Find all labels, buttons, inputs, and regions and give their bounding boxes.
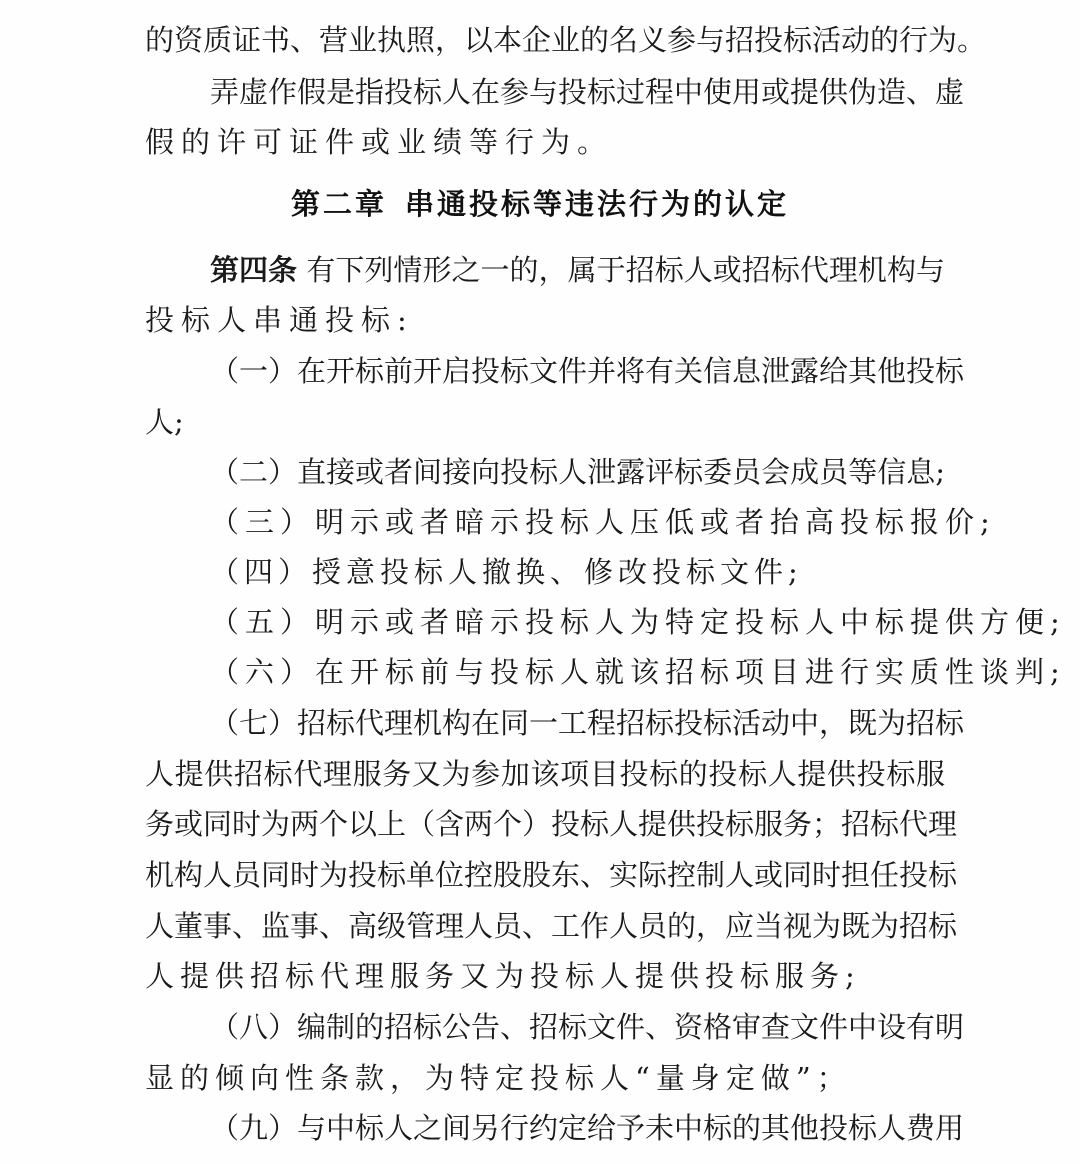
text-line: 显的倾向性条款，为特定投标人“量身定做”； [145, 1058, 852, 1098]
clause-5: （五）明示或者暗示投标人为特定投标人中标提供方便; [210, 602, 1066, 642]
article-label: 第四条 [210, 253, 297, 287]
chapter-heading: 第二章串通投标等违法行为的认定 [0, 184, 1080, 224]
chapter-title: 串通投标等违法行为的认定 [405, 187, 789, 221]
text-line: 人董事、监事、高级管理人员、工作人员的，应当视为既为招标 [145, 906, 945, 946]
text-line: 人; [145, 402, 184, 442]
clause-8: （八）编制的招标公告、招标文件、资格审查文件中设有明 [210, 1007, 945, 1047]
chapter-number: 第二章 [291, 187, 387, 221]
clause-9: （九）与中标人之间另行约定给予未中标的其他投标人费用 [210, 1108, 945, 1148]
text-line: 的资质证书、营业执照，以本企业的名义参与招投标活动的行为。 [145, 20, 945, 60]
article-text: 有下列情形之一的，属于招标人或招标代理机构与 [306, 253, 945, 287]
clause-6: （六）在开标前与投标人就该招标项目进行实质性谈判; [210, 652, 1066, 692]
clause-1: （一）在开标前开启投标文件并将有关信息泄露给其他投标 [210, 351, 945, 391]
text-line: 务或同时为两个以上（含两个）投标人提供投标服务；招标代理 [145, 804, 945, 844]
text-line: 人提供招标代理服务又为参加该项目投标的投标人提供投标服 [145, 754, 945, 794]
clause-7: （七）招标代理机构在同一工程招标投标活动中，既为招标 [210, 703, 945, 743]
article-four-heading-line: 第四条 有下列情形之一的，属于招标人或招标代理机构与 [210, 250, 945, 290]
text-line: 假的许可证件或业绩等行为。 [145, 122, 613, 162]
text-line: 投标人串通投标: [145, 300, 414, 340]
clause-2: （二）直接或者间接向投标人泄露评标委员会成员等信息; [210, 452, 945, 492]
paragraph-falsification-definition: 弄虚作假是指投标人在参与投标过程中使用或提供伪造、虚 [210, 72, 945, 112]
text-line: 人提供招标代理服务又为投标人提供投标服务; [145, 956, 861, 996]
clause-4: （四）授意投标人撤换、修改投标文件; [210, 552, 803, 592]
clause-3: （三）明示或者暗示投标人压低或者抬高投标报价; [210, 502, 996, 542]
document-page: 的资质证书、营业执照，以本企业的名义参与招投标活动的行为。 弄虚作假是指投标人在… [0, 0, 1080, 1164]
text-line: 机构人员同时为投标单位控股股东、实际控制人或同时担任投标 [145, 855, 945, 895]
